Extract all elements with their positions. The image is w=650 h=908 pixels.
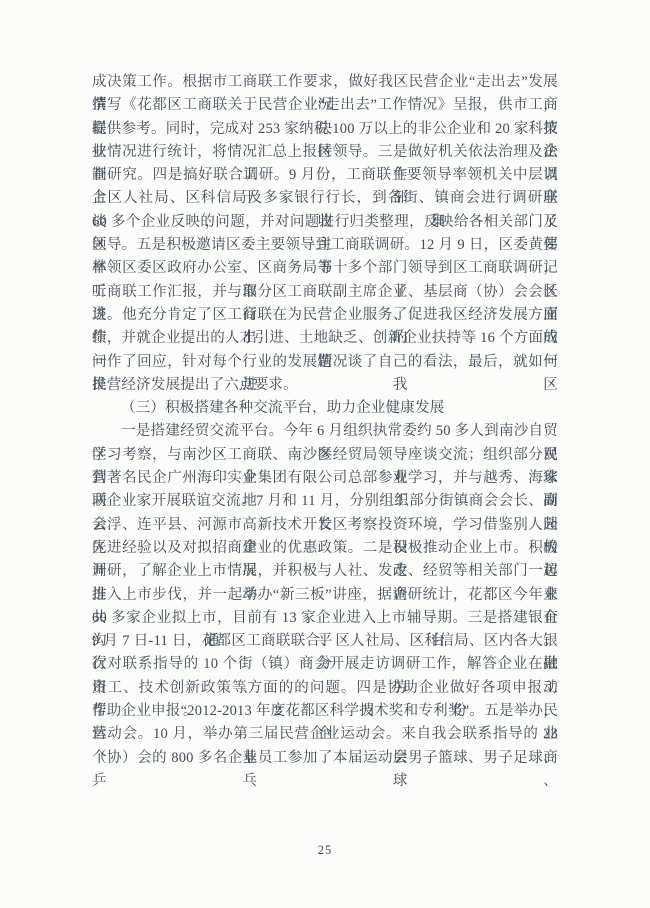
body-line: 云浮、连平县、河源市高新技术开发区考察投资环境，学习借鉴别人园区建设的: [92, 514, 558, 537]
body-line: 谈。他充分肯定了区工商联在为民营企业服务、促进我区经济发展方面作出的成: [92, 304, 558, 327]
body-line: 用工、技术创新政策等方面的的问题。四是协助企业做好各项申报工作。2 月份，: [92, 677, 558, 700]
body-line: 率领区委区政府办公室、区商务局等十多个部门领导到区工商联调研，听取了区: [92, 257, 558, 280]
body-line: 进入上市步伐，并一起举办“新三板”讲座，据调研统计，花都区今年来共有: [92, 584, 558, 607]
body-line: 提供参考。同时，完成对 253 家纳税 100 万以上的非公企业和 20 家科技…: [92, 118, 558, 141]
body-line: 成决策工作。根据市工商联工作要求，做好我区民营企业“走出去”发展情况，: [92, 71, 558, 94]
body-line: 帮助企业申报“2012-2013 年度花都区科学技术奖和专利奖”。五是举办民营企…: [92, 700, 558, 723]
body-line: 联企业家开展联谊交流。7 月和 11 月，分别组织部分街镇商会会长、副会长赴: [92, 490, 558, 513]
body-line: 60 多家企业拟上市，目前有 13 家企业进入上市辅导期。三是搭建银企沟通平台。: [92, 607, 558, 630]
body-line: 领导。五是积极邀请区委主要领导到工商联调研。12 月 9 日，区委黄伟林书记: [92, 234, 558, 257]
section-heading: （三）积极搭建各种交流平台，助力企业健康发展: [92, 397, 558, 420]
body-line: 合区人社局、区科信局及多家银行行长，到各街、镇商会进行调研座谈，收集了: [92, 187, 558, 210]
body-line: 工商联工作汇报，并与部分区工商联副主席企业、基层商（协）会会长进行了座: [92, 281, 558, 304]
body-line: 运动会。10 月，举办第三届民营企业运动会。来自我会联系指导的 23 个基层商: [92, 723, 558, 746]
body-line: 学习考察，与南沙区工商联、南沙区经贸局领导座谈交流；组织部分民营企业家: [92, 444, 558, 467]
body-line: 到著名民企广州海印实业集团有限公司总部参观学习，并与越秀、海珠两地工商: [92, 467, 558, 490]
body-line: 次对联系指导的 10 个街（镇）商会开展走访调研工作，解答企业在融资、劳动: [92, 653, 558, 676]
body-line: 调研，了解企业上市情况，并积极与人社、发改、经贸等相关部门一起推动企业: [92, 560, 558, 583]
body-line: 60 多个企业反映的问题，并对问题进行归类整理，反映给各相关部门及区主要: [92, 211, 558, 234]
document-page: 成决策工作。根据市工商联工作要求，做好我区民营企业“走出去”发展情况， 撰写《花…: [0, 0, 650, 908]
body-text: 成决策工作。根据市工商联工作要求，做好我区民营企业“走出去”发展情况， 撰写《花…: [92, 71, 558, 770]
body-line: 业情况进行统计，将情况汇总上报区领导。三是做好机关依法治理及法制工作调: [92, 141, 558, 164]
body-line: 9 月 7 日-11 日，花都区工商联联合、区人社局、区科信局、区内各大银行分批: [92, 630, 558, 653]
body-line: 撰写《花都区工商联关于民营企业“走出去”工作情况》呈报，供市工商联决策: [92, 94, 558, 117]
body-line: 先进经验以及对拟招商企业的优惠政策。二是积极推动企业上市。积极开展走访: [92, 537, 558, 560]
body-line: 一作了回应，针对每个行业的发展情况谈了自己的看法，最后，就如何推进我区: [92, 351, 558, 374]
body-line: 一是搭建经贸交流平台。今年 6 月组织执常委约 50 多人到南沙自贸区参观: [92, 420, 558, 443]
page-number: 25: [0, 843, 650, 858]
body-line: 绩，并就企业提出的人才引进、土地缺乏、创新企业扶持等 16 个方面的问题一: [92, 327, 558, 350]
body-line: （协）会的 800 多名企业员工参加了本届运动会男子篮球、男子足球、乒乓球、: [92, 747, 558, 770]
body-line: 查研究。四是搞好联合调研。9 月份，工商联主要领导率领机关中层以上干部联: [92, 164, 558, 187]
